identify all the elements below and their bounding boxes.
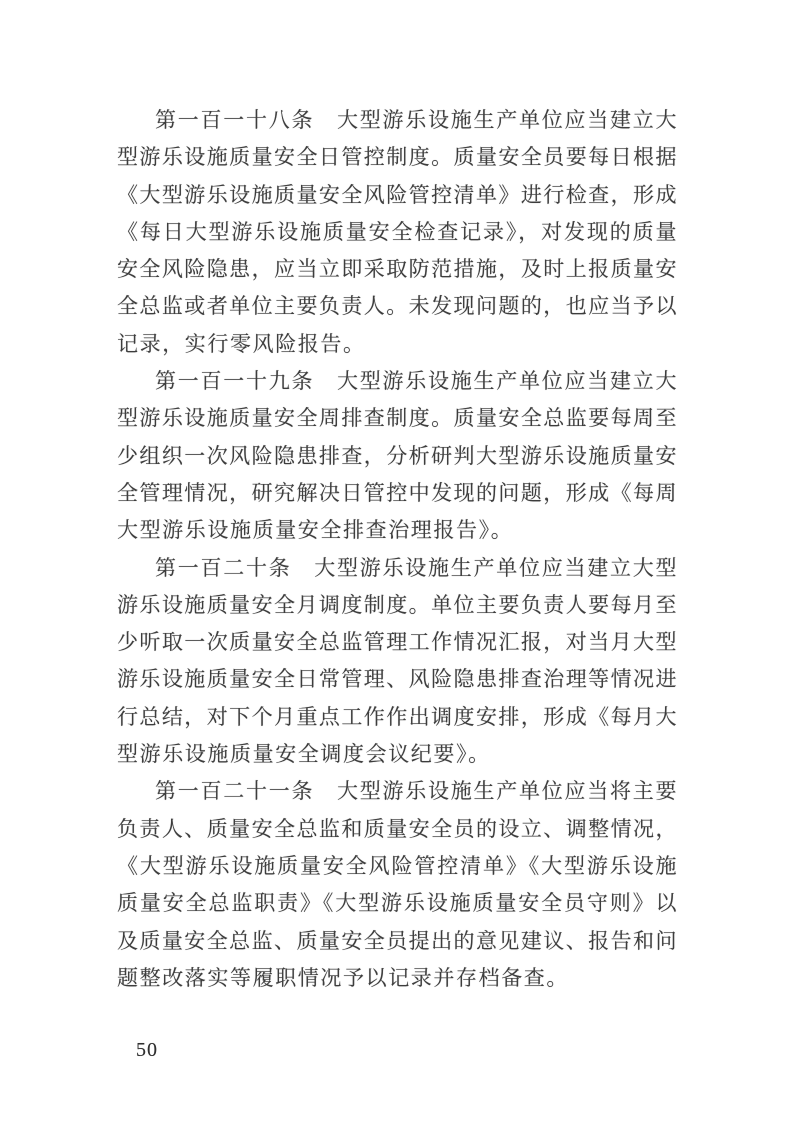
text-line: 游乐设施质量安全月调度制度。单位主要负责人要每月至: [117, 587, 677, 624]
text-line: 少听取一次质量安全总监管理工作情况汇报，对当月大型: [117, 624, 677, 661]
text-line: 型游乐设施质量安全日管控制度。质量安全员要每日根据: [117, 139, 677, 176]
text-line: 题整改落实等履职情况予以记录并存档备查。: [117, 960, 677, 997]
text-line: 少组织一次风险隐患排查，分析研判大型游乐设施质量安: [117, 438, 677, 475]
paragraph-article-119: 第一百一十九条 大型游乐设施生产单位应当建立大 型游乐设施质量安全周排查制度。质…: [117, 363, 677, 549]
paragraph-article-120: 第一百二十条 大型游乐设施生产单位应当建立大型 游乐设施质量安全月调度制度。单位…: [117, 550, 677, 774]
text-line: 记录，实行零风险报告。: [117, 326, 677, 363]
text-line: 全总监或者单位主要负责人。未发现问题的，也应当予以: [117, 288, 677, 325]
text-line: 游乐设施质量安全日常管理、风险隐患排查治理等情况进: [117, 661, 677, 698]
text-line: 及质量安全总监、质量安全员提出的意见建议、报告和问: [117, 923, 677, 960]
document-page: 第一百一十八条 大型游乐设施生产单位应当建立大 型游乐设施质量安全日管控制度。质…: [0, 0, 793, 1122]
text-line: 型游乐设施质量安全周排查制度。质量安全总监要每周至: [117, 400, 677, 437]
text-line: 第一百二十一条 大型游乐设施生产单位应当将主要: [117, 773, 677, 810]
text-line: 《大型游乐设施质量安全风险管控清单》进行检查，形成: [117, 177, 677, 214]
text-line: 安全风险隐患，应当立即采取防范措施，及时上报质量安: [117, 251, 677, 288]
text-line: 大型游乐设施质量安全排查治理报告》。: [117, 512, 677, 549]
text-line: 型游乐设施质量安全调度会议纪要》。: [117, 736, 677, 773]
text-line: 第一百一十九条 大型游乐设施生产单位应当建立大: [117, 363, 677, 400]
text-line: 第一百一十八条 大型游乐设施生产单位应当建立大: [117, 102, 677, 139]
text-line: 第一百二十条 大型游乐设施生产单位应当建立大型: [117, 550, 677, 587]
paragraph-article-118: 第一百一十八条 大型游乐设施生产单位应当建立大 型游乐设施质量安全日管控制度。质…: [117, 102, 677, 363]
text-line: 全管理情况，研究解决日管控中发现的问题，形成《每周: [117, 475, 677, 512]
paragraph-article-121: 第一百二十一条 大型游乐设施生产单位应当将主要 负责人、质量安全总监和质量安全员…: [117, 773, 677, 997]
page-number: 50: [136, 1036, 158, 1064]
text-line: 行总结，对下个月重点工作作出调度安排，形成《每月大: [117, 699, 677, 736]
text-line: 负责人、质量安全总监和质量安全员的设立、调整情况，: [117, 811, 677, 848]
document-text-block: 第一百一十八条 大型游乐设施生产单位应当建立大 型游乐设施质量安全日管控制度。质…: [117, 102, 677, 997]
text-line: 《大型游乐设施质量安全风险管控清单》《大型游乐设施: [117, 848, 677, 885]
text-line: 质量安全总监职责》《大型游乐设施质量安全员守则》以: [117, 885, 677, 922]
text-line: 《每日大型游乐设施质量安全检查记录》，对发现的质量: [117, 214, 677, 251]
